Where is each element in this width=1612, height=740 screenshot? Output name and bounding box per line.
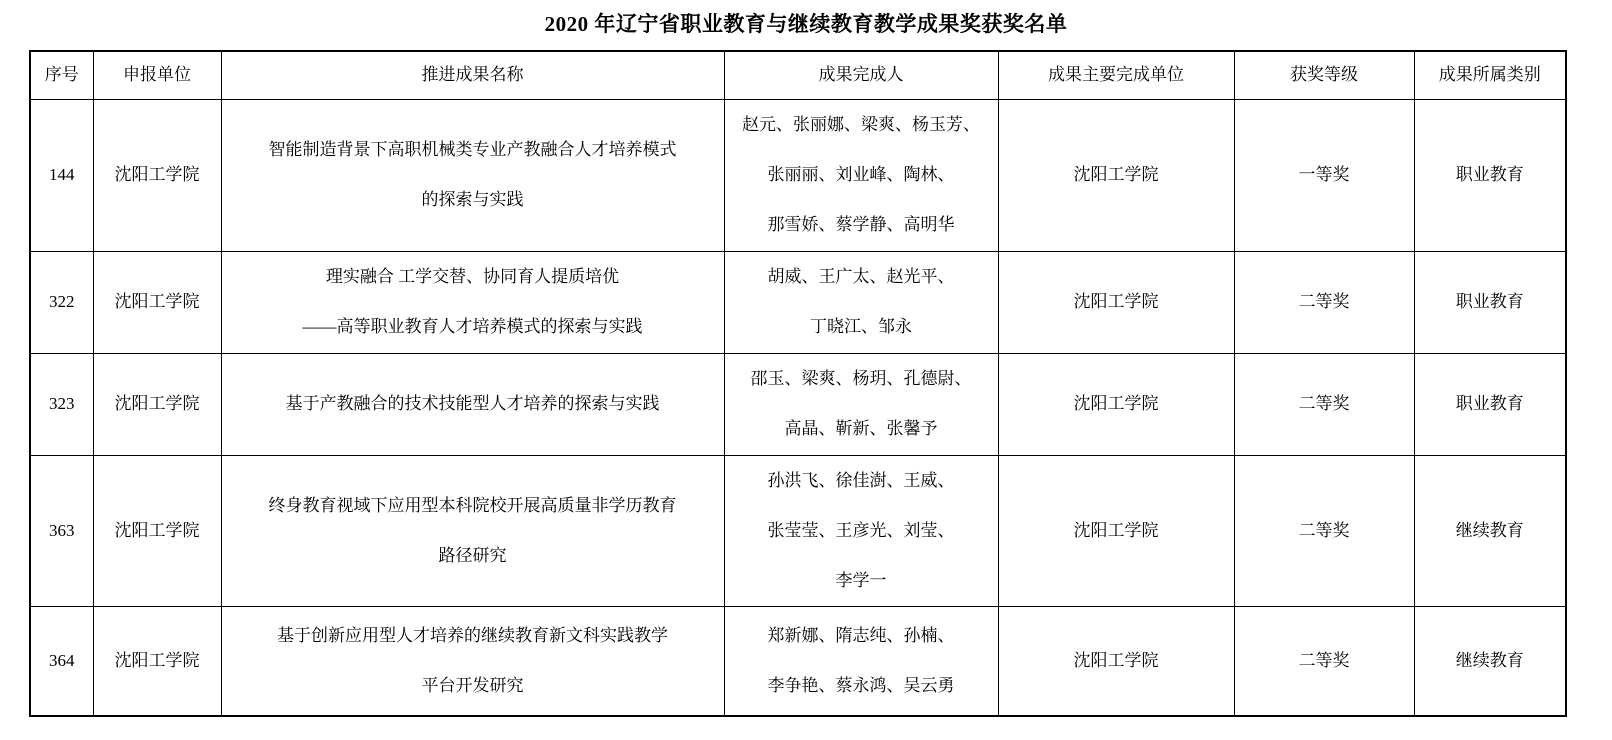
cell-completers: 孙洪飞、徐佳澍、王威、 张莹莹、王彦光、刘莹、 李学一: [724, 455, 998, 606]
cell-applicant-unit: 沈阳工学院: [93, 99, 221, 251]
cell-applicant-unit: 沈阳工学院: [93, 353, 221, 455]
cell-result-name: 基于创新应用型人才培养的继续教育新文科实践教学 平台开发研究: [221, 606, 724, 716]
cell-category: 继续教育: [1414, 606, 1566, 716]
header-category: 成果所属类别: [1414, 51, 1566, 99]
header-applicant-unit: 申报单位: [93, 51, 221, 99]
cell-serial: 364: [30, 606, 93, 716]
cell-category: 职业教育: [1414, 251, 1566, 353]
cell-serial: 144: [30, 99, 93, 251]
cell-result-name: 终身教育视域下应用型本科院校开展高质量非学历教育 路径研究: [221, 455, 724, 606]
cell-award-level: 一等奖: [1234, 99, 1414, 251]
table-row: 364 沈阳工学院 基于创新应用型人才培养的继续教育新文科实践教学 平台开发研究…: [30, 606, 1566, 716]
cell-serial: 322: [30, 251, 93, 353]
cell-completers: 胡威、王广太、赵光平、 丁晓江、邹永: [724, 251, 998, 353]
cell-completers: 郑新娜、隋志纯、孙楠、 李争艳、蔡永鸿、吴云勇: [724, 606, 998, 716]
cell-main-unit: 沈阳工学院: [998, 251, 1234, 353]
cell-main-unit: 沈阳工学院: [998, 353, 1234, 455]
header-award-level: 获奖等级: [1234, 51, 1414, 99]
cell-main-unit: 沈阳工学院: [998, 606, 1234, 716]
header-result-name: 推进成果名称: [221, 51, 724, 99]
page-title: 2020 年辽宁省职业教育与继续教育教学成果奖获奖名单: [0, 0, 1612, 38]
cell-applicant-unit: 沈阳工学院: [93, 606, 221, 716]
table-row: 363 沈阳工学院 终身教育视域下应用型本科院校开展高质量非学历教育 路径研究 …: [30, 455, 1566, 606]
cell-completers: 赵元、张丽娜、梁爽、杨玉芳、 张丽丽、刘业峰、陶林、 那雪娇、蔡学静、高明华: [724, 99, 998, 251]
table-row: 144 沈阳工学院 智能制造背景下高职机械类专业产教融合人才培养模式 的探索与实…: [30, 99, 1566, 251]
cell-main-unit: 沈阳工学院: [998, 99, 1234, 251]
cell-completers: 邵玉、梁爽、杨玥、孔德尉、 高晶、靳新、张馨予: [724, 353, 998, 455]
cell-applicant-unit: 沈阳工学院: [93, 251, 221, 353]
cell-award-level: 二等奖: [1234, 251, 1414, 353]
cell-result-name: 基于产教融合的技术技能型人才培养的探索与实践: [221, 353, 724, 455]
cell-result-name: 智能制造背景下高职机械类专业产教融合人才培养模式 的探索与实践: [221, 99, 724, 251]
table-row: 323 沈阳工学院 基于产教融合的技术技能型人才培养的探索与实践 邵玉、梁爽、杨…: [30, 353, 1566, 455]
cell-serial: 323: [30, 353, 93, 455]
cell-award-level: 二等奖: [1234, 455, 1414, 606]
cell-category: 继续教育: [1414, 455, 1566, 606]
header-row: 序号 申报单位 推进成果名称 成果完成人 成果主要完成单位 获奖等级 成果所属类…: [30, 51, 1566, 99]
table-row: 322 沈阳工学院 理实融合 工学交替、协同育人提质培优 ——高等职业教育人才培…: [30, 251, 1566, 353]
cell-main-unit: 沈阳工学院: [998, 455, 1234, 606]
cell-award-level: 二等奖: [1234, 353, 1414, 455]
cell-serial: 363: [30, 455, 93, 606]
cell-category: 职业教育: [1414, 353, 1566, 455]
cell-result-name: 理实融合 工学交替、协同育人提质培优 ——高等职业教育人才培养模式的探索与实践: [221, 251, 724, 353]
header-completers: 成果完成人: [724, 51, 998, 99]
document-page: 2020 年辽宁省职业教育与继续教育教学成果奖获奖名单 序号 申报单位 推进成果…: [0, 0, 1612, 740]
award-table: 序号 申报单位 推进成果名称 成果完成人 成果主要完成单位 获奖等级 成果所属类…: [29, 50, 1567, 717]
cell-award-level: 二等奖: [1234, 606, 1414, 716]
cell-category: 职业教育: [1414, 99, 1566, 251]
header-main-unit: 成果主要完成单位: [998, 51, 1234, 99]
cell-applicant-unit: 沈阳工学院: [93, 455, 221, 606]
header-serial: 序号: [30, 51, 93, 99]
